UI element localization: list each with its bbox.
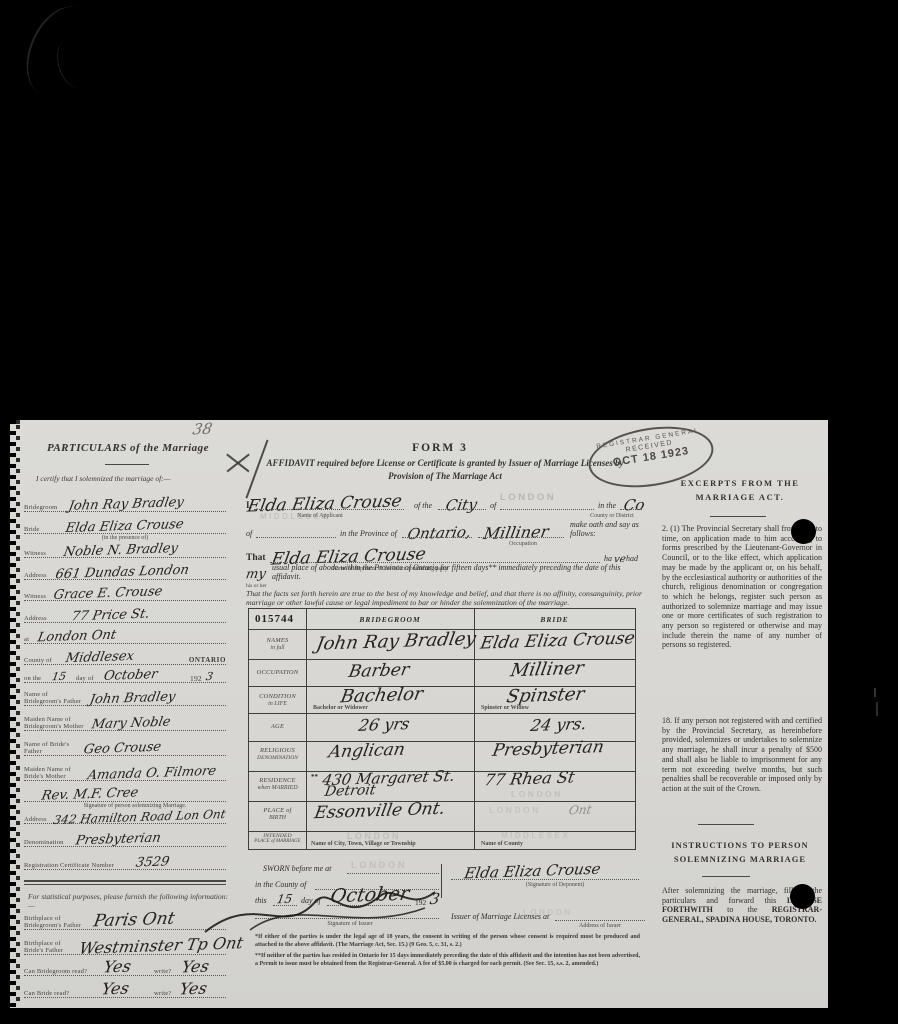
date-month: October <box>102 667 158 684</box>
affidavit-heading-line1: AFFIDAVIT required before License or Cer… <box>250 458 640 468</box>
punch-hole <box>791 519 816 544</box>
printed-text: in the <box>598 501 616 510</box>
row-sublabel: PLACE of MARRIAGE <box>249 839 306 846</box>
field-value: Geo Crouse <box>82 740 162 758</box>
field-bride-mother: Maiden Name of Bride's Mother Amanda O. … <box>24 761 226 781</box>
county-abbrev-handwritten: Co <box>622 496 646 515</box>
london-stamp-faint: LONDON <box>351 860 407 871</box>
row-label: OCCUPATION <box>249 669 306 676</box>
field-officiant-signature: Rev. M.F. Cree <box>24 784 226 802</box>
field-date: on the 15 day of October 192 3 <box>24 665 226 683</box>
field-bride-father: Name of Bride's Father Geo Crouse <box>24 736 226 756</box>
groom-birthplace-handwritten: Essonville Ont. <box>313 799 447 824</box>
printed-text: usual place of abode within the Province… <box>272 563 642 581</box>
name-of-applicant-sublabel: Name of Applicant <box>260 513 380 520</box>
field-value: Paris Ont <box>92 909 176 932</box>
affidavit-line-2: of in the Province of Ontario, Milliner … <box>246 520 642 540</box>
london-stamp-faint: LONDON <box>347 831 401 841</box>
field-value: Yes <box>100 979 130 999</box>
deckled-edge <box>16 420 20 1008</box>
divider <box>702 876 750 877</box>
field-label: Name of Bride's Father <box>24 742 79 755</box>
field-label: Witness <box>24 593 46 600</box>
field-witness-1: Witness Noble N. Bradley <box>24 540 226 558</box>
scanned-document-page: PARTICULARS of the Marriage 38 I certify… <box>0 0 898 1024</box>
field-groom-father: Name of Bridegroom's Father John Bradley <box>24 686 226 706</box>
bride-residence-handwritten: 77 Rhea St <box>483 767 576 789</box>
field-can-bridegroom-read-write: Can Bridegroom read? Yes write? Yes <box>24 956 226 976</box>
address-of-issuer-label: Address of Issuer <box>555 923 645 930</box>
name-of-county-sublabel: Name of County <box>481 841 523 848</box>
pencil-page-number: 38 <box>191 420 213 439</box>
field-value: Mary Noble <box>90 715 171 733</box>
london-stamp-faint: LONDON <box>511 789 563 799</box>
groom-name-handwritten: John Ray Bradley <box>315 628 478 655</box>
row-label: RELIGIOUS <box>249 747 306 754</box>
spinster-or-widow-sublabel: Spinster or Widow <box>481 705 529 712</box>
printed-text: ha <box>604 554 612 563</box>
field-label: Can Bride read? <box>24 990 69 997</box>
groom-occupation-handwritten: Barber <box>347 660 411 682</box>
occupation-handwritten: Milliner <box>482 522 550 543</box>
field-label: Address <box>24 572 47 579</box>
bridegroom-bride-table: 015744 BRIDEGROOM BRIDE NAMES in full Jo… <box>248 608 636 850</box>
field-can-bride-read-write: Can Bride read? Yes write? Yes <box>24 978 226 998</box>
instructions-title-line2: SOLEMNIZING MARRIAGE <box>658 854 822 864</box>
field-label: County of <box>24 657 52 664</box>
field-label: write? <box>154 990 171 997</box>
printed-text: of <box>246 529 252 538</box>
bride-column-header: BRIDE <box>474 615 635 624</box>
field-registration-number: Registration Certificate Number 3529 <box>24 852 226 870</box>
issuer-signature-flourish <box>195 882 445 934</box>
field-value: 3529 <box>135 854 171 870</box>
london-stamp-faint: LONDON <box>523 908 573 917</box>
field-label: Registration Certificate Number <box>24 862 114 869</box>
row-sublabel: DENOMINATION <box>249 755 306 762</box>
license-serial-number: 015744 <box>255 613 294 625</box>
field-bride: Bride Elda Eliza Crouse <box>24 516 226 534</box>
field-birthplace-bride-father: Birthplace of Bride's Father Westminster… <box>24 933 226 955</box>
instructions-text: to the <box>713 905 772 914</box>
groom-age-handwritten: 26 yrs <box>357 714 411 735</box>
bridegroom-column-header: BRIDEGROOM <box>306 615 474 624</box>
footnote-1: *If either of the parties is under the l… <box>255 934 640 949</box>
sworn-block: SWORN before me at LONDON in the County … <box>255 860 645 930</box>
affidavit-heading-line2: Provision of The Marriage Act <box>250 471 640 481</box>
film-scratch <box>874 688 876 697</box>
field-groom-mother: Maiden Name of Bridegroom's Mother Mary … <box>24 711 226 731</box>
affidavit-line-3: That Elda Eliza Crouse ha ve had <box>246 545 642 565</box>
footnote-2: **If neither of the parties has resided … <box>255 953 640 968</box>
field-value: Middlesex <box>64 649 135 666</box>
field-label: Witness <box>24 550 46 557</box>
county-or-district-sublabel: County or District <box>582 513 642 520</box>
field-value: Yes <box>102 957 132 977</box>
bride-name-handwritten: Elda Eliza Crouse <box>479 628 637 653</box>
affidavit-line-1: I, Elda Eliza Crouse of the City of in t… <box>246 492 642 512</box>
printed-text: That <box>246 553 266 563</box>
row-sublabel: in LIFE <box>249 701 306 708</box>
year-printed: 192 <box>190 675 202 682</box>
pencil-slash-mark <box>245 440 268 499</box>
signature-of-deponent-label: (Signature of Deponent) <box>495 882 615 889</box>
row-sublabel: in full <box>249 645 306 652</box>
row-sublabel: when MARRIED <box>249 785 306 792</box>
sworn-before-me: SWORN before me at <box>263 864 331 873</box>
facts-paragraph: That the facts set forth herein are true… <box>246 589 642 607</box>
row-label: CONDITION <box>249 693 306 700</box>
groom-condition-handwritten: Bachelor <box>339 684 425 708</box>
field-address-3: Address 342 Hamilton Road Lon Ont <box>24 806 226 824</box>
excerpt-section-18: 18. If any person not registered with an… <box>662 716 822 794</box>
divider <box>710 516 766 517</box>
field-bridegroom: Bridegroom John Ray Bradley <box>24 494 226 512</box>
field-label: Name of Bridegroom's Father <box>24 692 84 705</box>
my-handwritten: my <box>245 567 267 583</box>
bride-occupation-handwritten: Milliner <box>509 658 586 682</box>
groom-residence-line2-handwritten: Detroit <box>323 782 377 800</box>
form-number: FORM 3 <box>340 442 540 454</box>
field-county: County of Middlesex ONTARIO <box>24 647 226 665</box>
groom-religion-handwritten: Anglican <box>327 740 407 763</box>
particulars-title: PARTICULARS of the Marriage <box>28 442 228 454</box>
field-value: Yes <box>180 957 210 977</box>
field-label: Birthplace of Bride's Father <box>24 941 79 954</box>
field-label: Maiden Name of Bride's Mother <box>24 767 84 780</box>
bride-birthplace-faint-handwritten: Ont <box>568 803 593 818</box>
field-label: Bridegroom <box>24 504 57 511</box>
printed-text: of the <box>414 501 432 510</box>
bride-religion-handwritten: Presbyterian <box>491 737 606 761</box>
instructions-title-line1: INSTRUCTIONS TO PERSON <box>658 840 822 850</box>
row-label: NAMES <box>249 637 306 644</box>
printed-text: in the Province of <box>340 529 397 538</box>
excerpts-title-line1: EXCERPTS FROM THE <box>658 478 822 488</box>
printed-text: make oath and say as follows: <box>570 520 642 538</box>
middlesex-stamp-faint: MIDDLESEX <box>501 831 570 840</box>
field-value: Presbyterian <box>74 831 162 849</box>
place-type-handwritten: City <box>444 495 478 514</box>
field-value: London Ont <box>36 628 117 646</box>
field-label: write? <box>154 968 171 975</box>
double-asterisk-mark: ** <box>311 773 318 781</box>
field-value: Yes <box>178 979 208 999</box>
field-witness-2: Witness Grace E. Crouse <box>24 583 226 601</box>
row-label: RESIDENCE <box>249 777 306 784</box>
row-label: PLACE of <box>249 807 306 814</box>
field-label: Denomination <box>24 839 64 846</box>
printed-text: had <box>626 554 638 563</box>
field-address-2: Address 77 Price St. <box>24 605 226 623</box>
bride-condition-handwritten: Spinster <box>505 684 586 708</box>
bride-age-handwritten: 24 yrs. <box>529 714 588 735</box>
certify-line: I certify that I solemnized the marriage… <box>36 474 231 483</box>
bachelor-or-widower-sublabel: Bachelor or Widower <box>313 705 368 712</box>
excerpts-title-line2: MARRIAGE ACT. <box>658 492 822 502</box>
field-label: on the <box>24 675 41 682</box>
field-label: day of <box>76 675 94 682</box>
field-value: John Bradley <box>88 690 176 708</box>
row-label: AGE <box>249 723 306 730</box>
divider <box>105 464 149 465</box>
province-handwritten: Ontario, <box>406 523 472 543</box>
field-label: Can Bridegroom read? <box>24 968 87 975</box>
field-address-1: Address 661 Dundas London <box>24 562 226 580</box>
row-sublabel: BIRTH <box>249 815 306 822</box>
punch-hole <box>790 884 815 909</box>
field-value: 77 Price St. <box>70 607 150 625</box>
field-label: at <box>24 636 29 643</box>
affidavit-form-paper: PARTICULARS of the Marriage 38 I certify… <box>10 420 828 1008</box>
province-label: ONTARIO <box>189 656 226 664</box>
field-denomination: Denomination Presbyterian <box>24 829 226 847</box>
london-stamp-faint: LONDON <box>489 805 541 815</box>
affidavit-line-4: my usual place of abode within the Provi… <box>246 568 642 582</box>
film-scratch <box>876 702 878 716</box>
divider <box>698 824 754 825</box>
field-label: Bride <box>24 526 39 533</box>
printed-text: of <box>490 501 496 510</box>
date-day: 15 <box>51 670 67 683</box>
field-at: at London Ont <box>24 626 226 644</box>
field-label: Maiden Name of Bridegroom's Mother <box>24 717 86 730</box>
field-label: Address <box>24 615 47 622</box>
field-label: Address <box>24 816 47 823</box>
field-label: Birthplace of Bridegroom's Father <box>24 916 82 929</box>
city-town-village-sublabel: Name of City, Town, Village or Township <box>311 841 416 848</box>
